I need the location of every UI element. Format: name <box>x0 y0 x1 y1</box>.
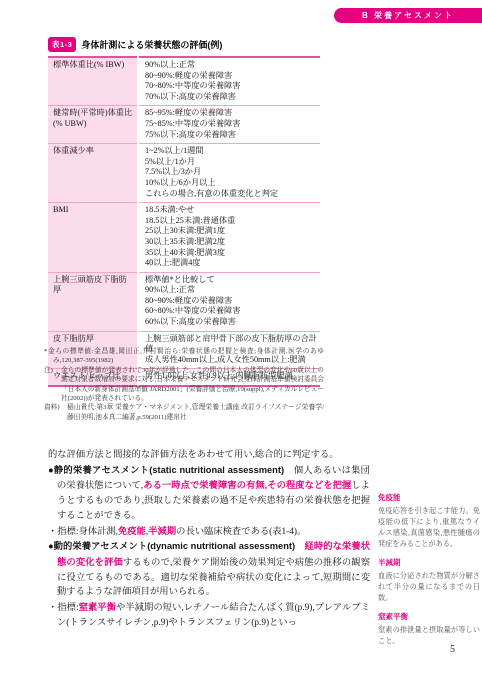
footnote-source: 資料) 稲山貴代:第3章 栄養ケア・マネジメント,管理栄養士講座 改訂ライフステ… <box>44 403 324 422</box>
row-values: 1~2%以上/1週間5%以上/1か月7.5%以上/3か月10%以上/6か月以上こ… <box>138 144 320 203</box>
paragraph-dynamic-assessment: ●動的栄養アセスメント(dynamic nutritional assessme… <box>48 539 370 600</box>
paragraph-dynamic-indicators: ・指標:窒素平衡や半減期の短い,レチノール結合たんぱく質(p.9),プレアルブミ… <box>48 600 370 630</box>
row-label: 体重減少率 <box>48 144 138 203</box>
section-header-badge: B 栄養アセスメント <box>334 8 482 23</box>
table-row: 体重減少率 1~2%以上/1週間5%以上/1か月7.5%以上/3か月10%以上/… <box>48 144 320 203</box>
row-values: 標準値*と比較して90%以上:正常80~90%:軽度の栄養障害60~80%:中等… <box>138 272 320 331</box>
margin-note-immunity: 免疫能 免疫応答を引き起こす能力。免疫能の低下により,重篤なウイルス感染,真菌感… <box>378 492 480 549</box>
margin-note-term: 半減期 <box>378 557 480 568</box>
paragraph-continuation: 的な評価方法と間接的な評価方法をあわせて用い,総合的に判定する。 <box>48 448 370 463</box>
row-label: 標準体重比(% IBW) <box>48 57 138 106</box>
section-header-label: B 栄養アセスメント <box>362 10 454 21</box>
footnote-source-label: 資料) <box>44 403 67 422</box>
textbook-page: B 栄養アセスメント 表1-3 身体計測による栄養状態の評価(例) 標準体重比(… <box>0 0 482 680</box>
table-footnotes: *金らの標準値:金昌雄,岡田正,井村賢治ら:栄養状態の把握と検査;身体計測.医学… <box>44 347 324 422</box>
row-label: BMI <box>48 203 138 273</box>
row-values: 85~95%:軽度の栄養障害75~85%:中等度の栄養障害75%以下:高度の栄養… <box>138 106 320 144</box>
margin-notes: 免疫能 免疫応答を引き起こす能力。免疫能の低下により,重篤なウイルス感染,真菌感… <box>378 492 480 654</box>
paragraph-static-indicators: ・指標:身体計測,免疫能,半減期の長い臨床検査である(表1-4)。 <box>48 524 370 540</box>
margin-note-definition: 血液に分泌された物質が分解されて半分の量になるまでの日数。 <box>378 570 480 603</box>
table-number-badge: 表1-3 <box>48 37 76 52</box>
footnote-source-text: 稲山貴代:第3章 栄養ケア・マネジメント,管理栄養士講座 改訂ライフステージ栄養… <box>67 403 324 422</box>
margin-note-definition: 免疫応答を引き起こす能力。免疫能の低下により,重篤なウイルス感染,真菌感染,悪性… <box>378 505 480 549</box>
footnote-note-text: 金らの標準値が発表されて30年が経過した。この間の日本人の体型の変化や60歳以上… <box>61 366 324 404</box>
table-row: 標準体重比(% IBW) 90%以上:正常80~90%:軽度の栄養障害70~80… <box>48 57 320 106</box>
body-text-column: 的な評価方法と間接的な評価方法をあわせて用い,総合的に判定する。 ●静的栄養アセ… <box>48 448 370 630</box>
table-row: 上腕三頭筋皮下脂肪厚 標準値*と比較して90%以上:正常80~90%:軽度の栄養… <box>48 272 320 331</box>
margin-note-halflife: 半減期 血液に分泌された物質が分解されて半分の量になるまでの日数。 <box>378 557 480 603</box>
paragraph-static-assessment: ●静的栄養アセスメント(static nutritional assessmen… <box>48 463 370 524</box>
margin-note-term: 免疫能 <box>378 492 480 503</box>
margin-note-definition: 窒素の排泄量と摂取量が等しいこと。 <box>378 624 480 646</box>
row-label: 健常時(平常時)体重比(% UBW) <box>48 106 138 144</box>
row-values: 18.5未満:やせ18.5以上25未満:普通体重25以上30未満:肥満1度30以… <box>138 203 320 273</box>
footnote-note-label: 注) <box>44 366 61 404</box>
margin-note-nitrogen-balance: 窒素平衡 窒素の排泄量と摂取量が等しいこと。 <box>378 611 480 646</box>
row-values: 90%以上:正常80~90%:軽度の栄養障害70~80%:中等度の栄養障害70%… <box>138 57 320 106</box>
margin-note-term: 窒素平衡 <box>378 611 480 622</box>
footnote-standard-values: *金らの標準値:金昌雄,岡田正,井村賢治ら:栄養状態の把握と検査;身体計測.医学… <box>44 347 324 366</box>
table-title: 身体計測による栄養状態の評価(例) <box>81 38 222 51</box>
nutrition-assessment-table: 標準体重比(% IBW) 90%以上:正常80~90%:軽度の栄養障害70~80… <box>48 56 320 387</box>
table-body: 標準体重比(% IBW) 90%以上:正常80~90%:軽度の栄養障害70~80… <box>48 57 320 386</box>
table-row: 健常時(平常時)体重比(% UBW) 85~95%:軽度の栄養障害75~85%:… <box>48 106 320 144</box>
row-label: 上腕三頭筋皮下脂肪厚 <box>48 272 138 331</box>
page-number: 5 <box>450 644 455 655</box>
footnote-note: 注) 金らの標準値が発表されて30年が経過した。この間の日本人の体型の変化や60… <box>44 366 324 404</box>
table-caption: 表1-3 身体計測による栄養状態の評価(例) <box>48 37 222 52</box>
table-row: BMI 18.5未満:やせ18.5以上25未満:普通体重25以上30未満:肥満1… <box>48 203 320 273</box>
